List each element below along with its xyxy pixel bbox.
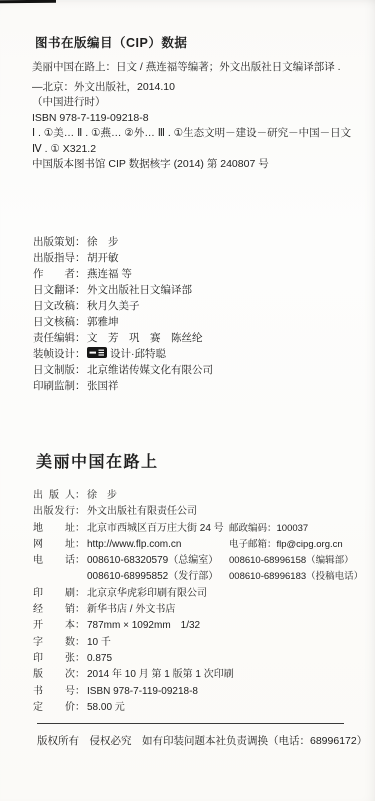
credit-row-author: 作者：燕连福 等 xyxy=(33,266,213,282)
credit-label: 日文核稿 xyxy=(33,314,75,330)
colon: ： xyxy=(75,618,85,634)
colon: ： xyxy=(75,298,85,314)
credit-value: 郭雅坤 xyxy=(87,316,119,328)
pub-label: 印张 xyxy=(33,651,75,667)
colon: ： xyxy=(75,250,85,266)
colon: ： xyxy=(75,488,85,504)
pub-row-address: 地址：北京市西城区百万庄大街 24 号邮政编码：100037 xyxy=(33,521,234,537)
pub-row-format: 开本：787mm × 1092mm 1/32 xyxy=(33,618,234,634)
pub-value: 北京京华虎彩印刷有限公司 xyxy=(87,588,207,599)
colon: ： xyxy=(75,521,85,537)
pub-value: 新华书店 / 外文书店 xyxy=(87,604,175,615)
colon: ： xyxy=(75,586,85,602)
book-title: 美丽中国在路上 xyxy=(36,449,159,472)
credit-label: 作者 xyxy=(33,266,75,282)
pub-value: 787mm × 1092mm 1/32 xyxy=(87,620,200,631)
pub-row-phone-1: 电话：008610-68320579（总编室）008610-68996158（编… xyxy=(33,553,234,569)
phone-number: 008610-68320579（总编室） xyxy=(87,555,218,566)
pub-row-publisher: 出版发行：外文出版社有限责任公司 xyxy=(33,504,234,520)
cip-line-classification: Ⅳ . ① X321.2 xyxy=(32,142,372,158)
credit-value: 文 芳 巩 赛 陈丝纶 xyxy=(87,332,203,344)
credit-row-print-supervisor: 印刷监制：张国祥 xyxy=(33,378,213,394)
credit-value: 徐 步 xyxy=(87,236,119,248)
pub-label: 版次 xyxy=(33,667,75,683)
credit-row-supervisor: 出版指导：胡开敏 xyxy=(33,250,213,266)
pub-label: 网址 xyxy=(33,537,75,553)
colon: ： xyxy=(75,553,85,569)
pub-label: 出版人 xyxy=(33,488,75,504)
credit-row-translator: 日文翻译：外文出版社日文编译部 xyxy=(33,282,213,298)
scan-artifact-line xyxy=(0,0,56,3)
phone-number: 008610-68995852（发行部） xyxy=(87,571,218,582)
email-address: 电子邮箱：flp@cipg.org.cn xyxy=(229,537,343,553)
pub-row-publisher-person: 出版人：徐 步 xyxy=(33,488,234,504)
colon: ： xyxy=(75,635,85,651)
pub-row-distributor: 经销：新华书店 / 外文书店 xyxy=(33,602,234,618)
footer-divider-line xyxy=(37,723,344,724)
credit-label: 日文翻译 xyxy=(33,282,75,298)
pub-label: 开本 xyxy=(33,618,75,634)
pub-value: 北京市西城区百万庄大街 24 号 xyxy=(87,523,224,534)
cip-data-block: 美丽中国在路上：日文 / 燕连福等编著；外文出版社日文编译部译 . —北京：外文… xyxy=(32,60,372,173)
design-studio-logo xyxy=(87,347,107,363)
credit-value: 外文出版社日文编译部 xyxy=(87,284,192,296)
pub-value: 0.875 xyxy=(87,653,112,664)
colon: ： xyxy=(75,346,85,362)
pub-row-price: 定价：58.00 元 xyxy=(33,700,234,716)
colon: ： xyxy=(75,537,85,553)
credit-label: 日文改稿 xyxy=(33,298,75,314)
credit-value: 张国祥 xyxy=(87,380,119,392)
credit-row-proofreader: 日文核稿：郭雅坤 xyxy=(33,314,213,330)
pub-label: 定价 xyxy=(33,700,75,716)
colon: ： xyxy=(75,700,85,716)
colon: ： xyxy=(75,602,85,618)
credit-label: 责任编辑 xyxy=(33,330,75,346)
cip-line: —北京：外文出版社，2014.10 xyxy=(32,80,372,96)
credit-row-planner: 出版策划：徐 步 xyxy=(33,234,213,250)
colon: ： xyxy=(75,330,85,346)
credit-row-editors: 责任编辑：文 芳 巩 赛 陈丝纶 xyxy=(33,330,213,346)
colon: ： xyxy=(75,314,85,330)
phone-number: 008610-68996158（编辑部） xyxy=(229,553,354,569)
cip-line-isbn: ISBN 978-7-119-09218-8 xyxy=(32,111,372,127)
colon: ： xyxy=(75,282,85,298)
cip-registry-number: 中国版本图书馆 CIP 数据核字 (2014) 第 240807 号 xyxy=(32,157,372,173)
website-url: http://www.flp.com.cn xyxy=(87,539,181,550)
pub-row-printer: 印刷：北京京华虎彩印刷有限公司 xyxy=(33,586,234,602)
credit-label: 出版指导 xyxy=(33,250,75,266)
pub-label: 电话 xyxy=(33,553,75,569)
pub-value: 徐 步 xyxy=(87,490,117,501)
pub-label: 经销 xyxy=(33,602,75,618)
credit-label: 装帧设计 xyxy=(33,346,75,362)
cip-header: 图书在版编目（CIP）数据 xyxy=(35,33,187,51)
publication-info-block: 出版人：徐 步 出版发行：外文出版社有限责任公司 地址：北京市西城区百万庄大街 … xyxy=(33,488,234,716)
colon: ： xyxy=(75,651,85,667)
credit-row-reviser: 日文改稿：秋月久美子 xyxy=(33,298,213,314)
pub-row-word-count: 字数：10 千 xyxy=(33,635,234,651)
cip-line: 美丽中国在路上：日文 / 燕连福等编著；外文出版社日文编译部译 . xyxy=(32,60,372,76)
credit-value: 胡开敏 xyxy=(87,252,119,264)
pub-value: 外文出版社有限责任公司 xyxy=(87,506,197,517)
pub-value: 10 千 xyxy=(87,637,111,648)
pub-label: 书号 xyxy=(33,684,75,700)
pub-row-website: 网址：http://www.flp.com.cn电子邮箱：flp@cipg.or… xyxy=(33,537,234,553)
credit-label: 印刷监制 xyxy=(33,378,75,394)
credit-label: 出版策划 xyxy=(33,234,75,250)
credit-row-designer: 装帧设计：设计·邱特聪 xyxy=(33,346,213,362)
colon: ： xyxy=(75,684,85,700)
pub-label: 地址 xyxy=(33,521,75,537)
pub-label: 印刷 xyxy=(33,586,75,602)
colon: ： xyxy=(75,362,85,378)
copyright-notice: 版权所有 侵权必究 如有印装问题本社负责调换（电话：68996172） xyxy=(37,733,367,748)
credit-value: 秋月久美子 xyxy=(87,300,140,312)
credit-label: 日文制版 xyxy=(33,362,75,378)
pub-row-phone-2: 008610-68995852（发行部）008610-68996183（投稿电话… xyxy=(33,569,234,585)
cip-line: （中国进行时） xyxy=(32,95,372,111)
book-copyright-page: 图书在版编目（CIP）数据 美丽中国在路上：日文 / 燕连福等编著；外文出版社日… xyxy=(0,0,375,801)
phone-number: 008610-68996183（投稿电话） xyxy=(229,569,363,585)
credits-block: 出版策划：徐 步 出版指导：胡开敏 作者：燕连福 等 日文翻译：外文出版社日文编… xyxy=(33,234,213,394)
isbn-number: ISBN 978-7-119-09218-8 xyxy=(87,686,198,697)
pub-label: 字数 xyxy=(33,635,75,651)
colon: ： xyxy=(75,504,85,520)
credit-value: 设计·邱特聪 xyxy=(110,348,166,360)
pub-value: 2014 年 10 月 第 1 版第 1 次印刷 xyxy=(87,669,234,680)
pub-label: 出版发行 xyxy=(33,504,75,520)
colon: ： xyxy=(75,378,85,394)
postal-code: 邮政编码：100037 xyxy=(229,521,308,537)
credit-value: 燕连福 等 xyxy=(87,268,132,280)
colon: ： xyxy=(75,234,85,250)
pub-row-sheets: 印张：0.875 xyxy=(33,651,234,667)
pub-row-edition: 版次：2014 年 10 月 第 1 版第 1 次印刷 xyxy=(33,667,234,683)
pub-row-isbn: 书号：ISBN 978-7-119-09218-8 xyxy=(33,684,234,700)
credit-row-platemaking: 日文制版：北京维诺传媒文化有限公司 xyxy=(33,362,213,378)
cip-line-classification: Ⅰ . ①美… Ⅱ . ①燕… ②外… Ⅲ . ①生态文明－建设－研究－中国－日… xyxy=(32,126,372,142)
credit-value: 北京维诺传媒文化有限公司 xyxy=(87,364,213,376)
price-value: 58.00 元 xyxy=(87,702,125,713)
colon: ： xyxy=(75,667,85,683)
colon: ： xyxy=(75,266,85,282)
